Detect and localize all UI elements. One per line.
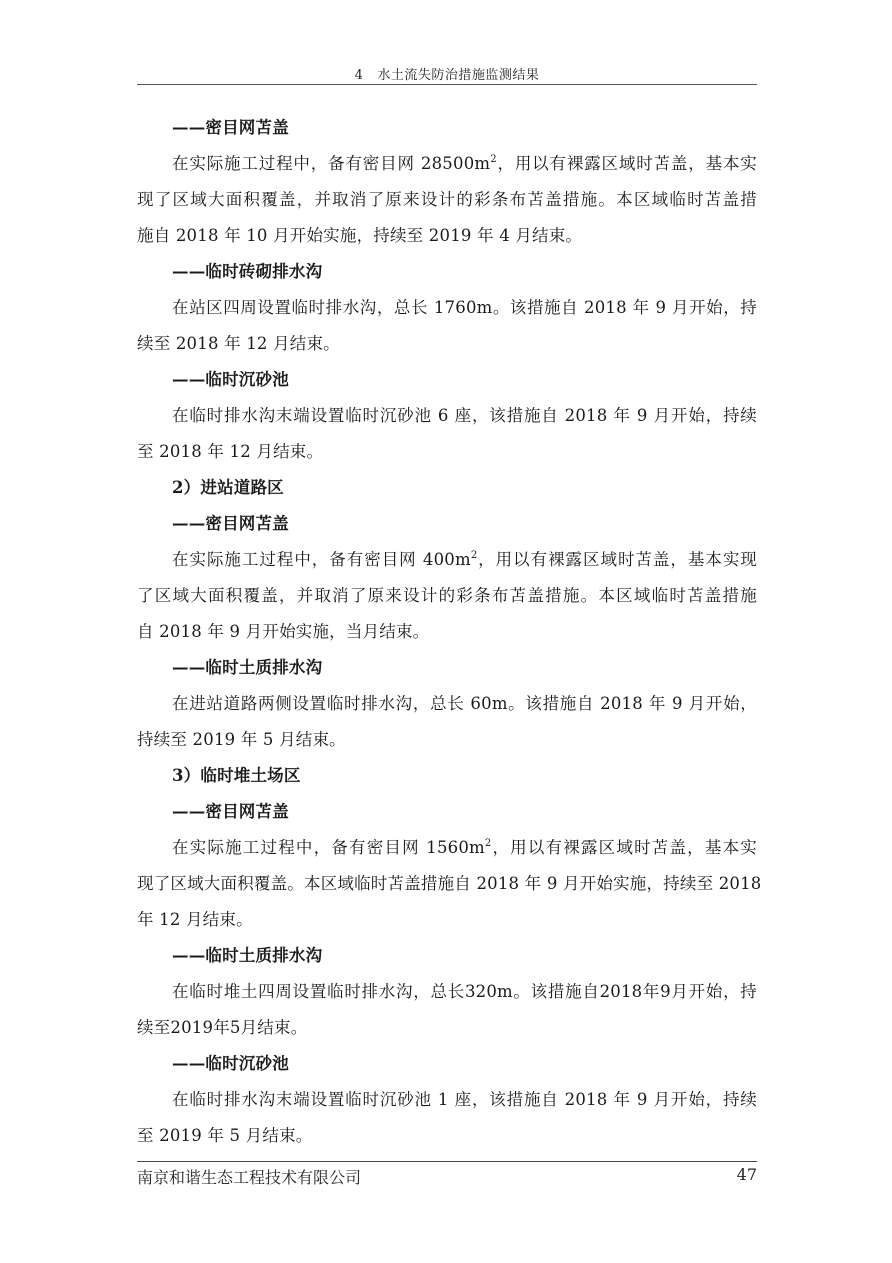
paragraph-line: 在站区四周设置临时排水沟，总长 1760m。该措施自 2018 年 9 月开始，… xyxy=(137,290,757,326)
measure-heading: ——临时沉砂池 xyxy=(137,362,757,398)
paragraph-line: 至 2018 年 12 月结束。 xyxy=(137,434,757,470)
area-heading: 3）临时堆土场区 xyxy=(137,758,757,794)
paragraph-line: 在实际施工过程中，备有密目网 1560m2，用以有裸露区域时苫盖，基本实 xyxy=(137,830,757,866)
document-body: ——密目网苫盖 在实际施工过程中，备有密目网 28500m2，用以有裸露区域时苫… xyxy=(137,110,757,1154)
paragraph-line: 了区域大面积覆盖，并取消了原来设计的彩条布苫盖措施。本区域临时苫盖措施 xyxy=(137,578,757,614)
measure-heading: ——临时砖砌排水沟 xyxy=(137,254,757,290)
text-segment: 在实际施工过程中，备有密目网 1560m xyxy=(172,838,485,857)
paragraph-line: 在实际施工过程中，备有密目网 28500m2，用以有裸露区域时苫盖，基本实 xyxy=(137,146,757,182)
paragraph-line: 持续至 2019 年 5 月结束。 xyxy=(137,722,757,758)
measure-heading: ——临时土质排水沟 xyxy=(137,938,757,974)
footer-divider xyxy=(137,1161,757,1162)
page-number: 47 xyxy=(737,1165,757,1188)
text-segment: 在实际施工过程中，备有密目网 400m xyxy=(172,550,471,569)
paragraph-line: 在实际施工过程中，备有密目网 400m2，用以有裸露区域时苫盖，基本实现 xyxy=(137,542,757,578)
paragraph-line: 至 2019 年 5 月结束。 xyxy=(137,1118,757,1154)
measure-heading: ——密目网苫盖 xyxy=(137,110,757,146)
paragraph-line: 自 2018 年 9 月开始实施，当月结束。 xyxy=(137,614,757,650)
text-segment: ，用以有裸露区域时苫盖，基本实 xyxy=(497,154,757,173)
paragraph-line: 续至2019年5月结束。 xyxy=(137,1010,757,1046)
chapter-title: 水土流失防治措施监测结果 xyxy=(377,68,539,83)
paragraph-line: 施自 2018 年 10 月开始实施，持续至 2019 年 4 月结束。 xyxy=(137,218,757,254)
paragraph-line: 年 12 月结束。 xyxy=(137,902,757,938)
paragraph-line: 现了区域大面积覆盖，并取消了原来设计的彩条布苫盖措施。本区域临时苫盖措 xyxy=(137,182,757,218)
document-page: 4水土流失防治措施监测结果 ——密目网苫盖 在实际施工过程中，备有密目网 285… xyxy=(0,0,892,1263)
text-segment: ，用以有裸露区域时苫盖，基本实现 xyxy=(477,550,757,569)
area-heading: 2）进站道路区 xyxy=(137,470,757,506)
paragraph-line: 续至 2018 年 12 月结束。 xyxy=(137,326,757,362)
measure-heading: ——临时土质排水沟 xyxy=(137,650,757,686)
measure-heading: ——密目网苫盖 xyxy=(137,506,757,542)
paragraph-line: 在临时排水沟末端设置临时沉砂池 6 座，该措施自 2018 年 9 月开始，持续 xyxy=(137,398,757,434)
measure-heading: ——临时沉砂池 xyxy=(137,1046,757,1082)
paragraph-line: 在临时排水沟末端设置临时沉砂池 1 座，该措施自 2018 年 9 月开始，持续 xyxy=(137,1082,757,1118)
chapter-number: 4 xyxy=(355,68,364,83)
paragraph-line: 现了区域大面积覆盖。本区域临时苫盖措施自 2018 年 9 月开始实施，持续至 … xyxy=(137,866,757,902)
paragraph-line: 在进站道路两侧设置临时排水沟，总长 60m。该措施自 2018 年 9 月开始， xyxy=(137,686,757,722)
measure-heading: ——密目网苫盖 xyxy=(137,794,757,830)
paragraph-line: 在临时堆土四周设置临时排水沟，总长320m。该措施自2018年9月开始，持 xyxy=(137,974,757,1010)
running-header: 4水土流失防治措施监测结果 xyxy=(137,64,757,83)
company-name: 南京和谐生态工程技术有限公司 xyxy=(137,1165,361,1188)
header-divider xyxy=(137,84,757,85)
text-segment: 在实际施工过程中，备有密目网 28500m xyxy=(172,154,490,173)
running-footer: 南京和谐生态工程技术有限公司 47 xyxy=(137,1165,757,1188)
text-segment: ，用以有裸露区域时苫盖，基本实 xyxy=(491,838,757,857)
